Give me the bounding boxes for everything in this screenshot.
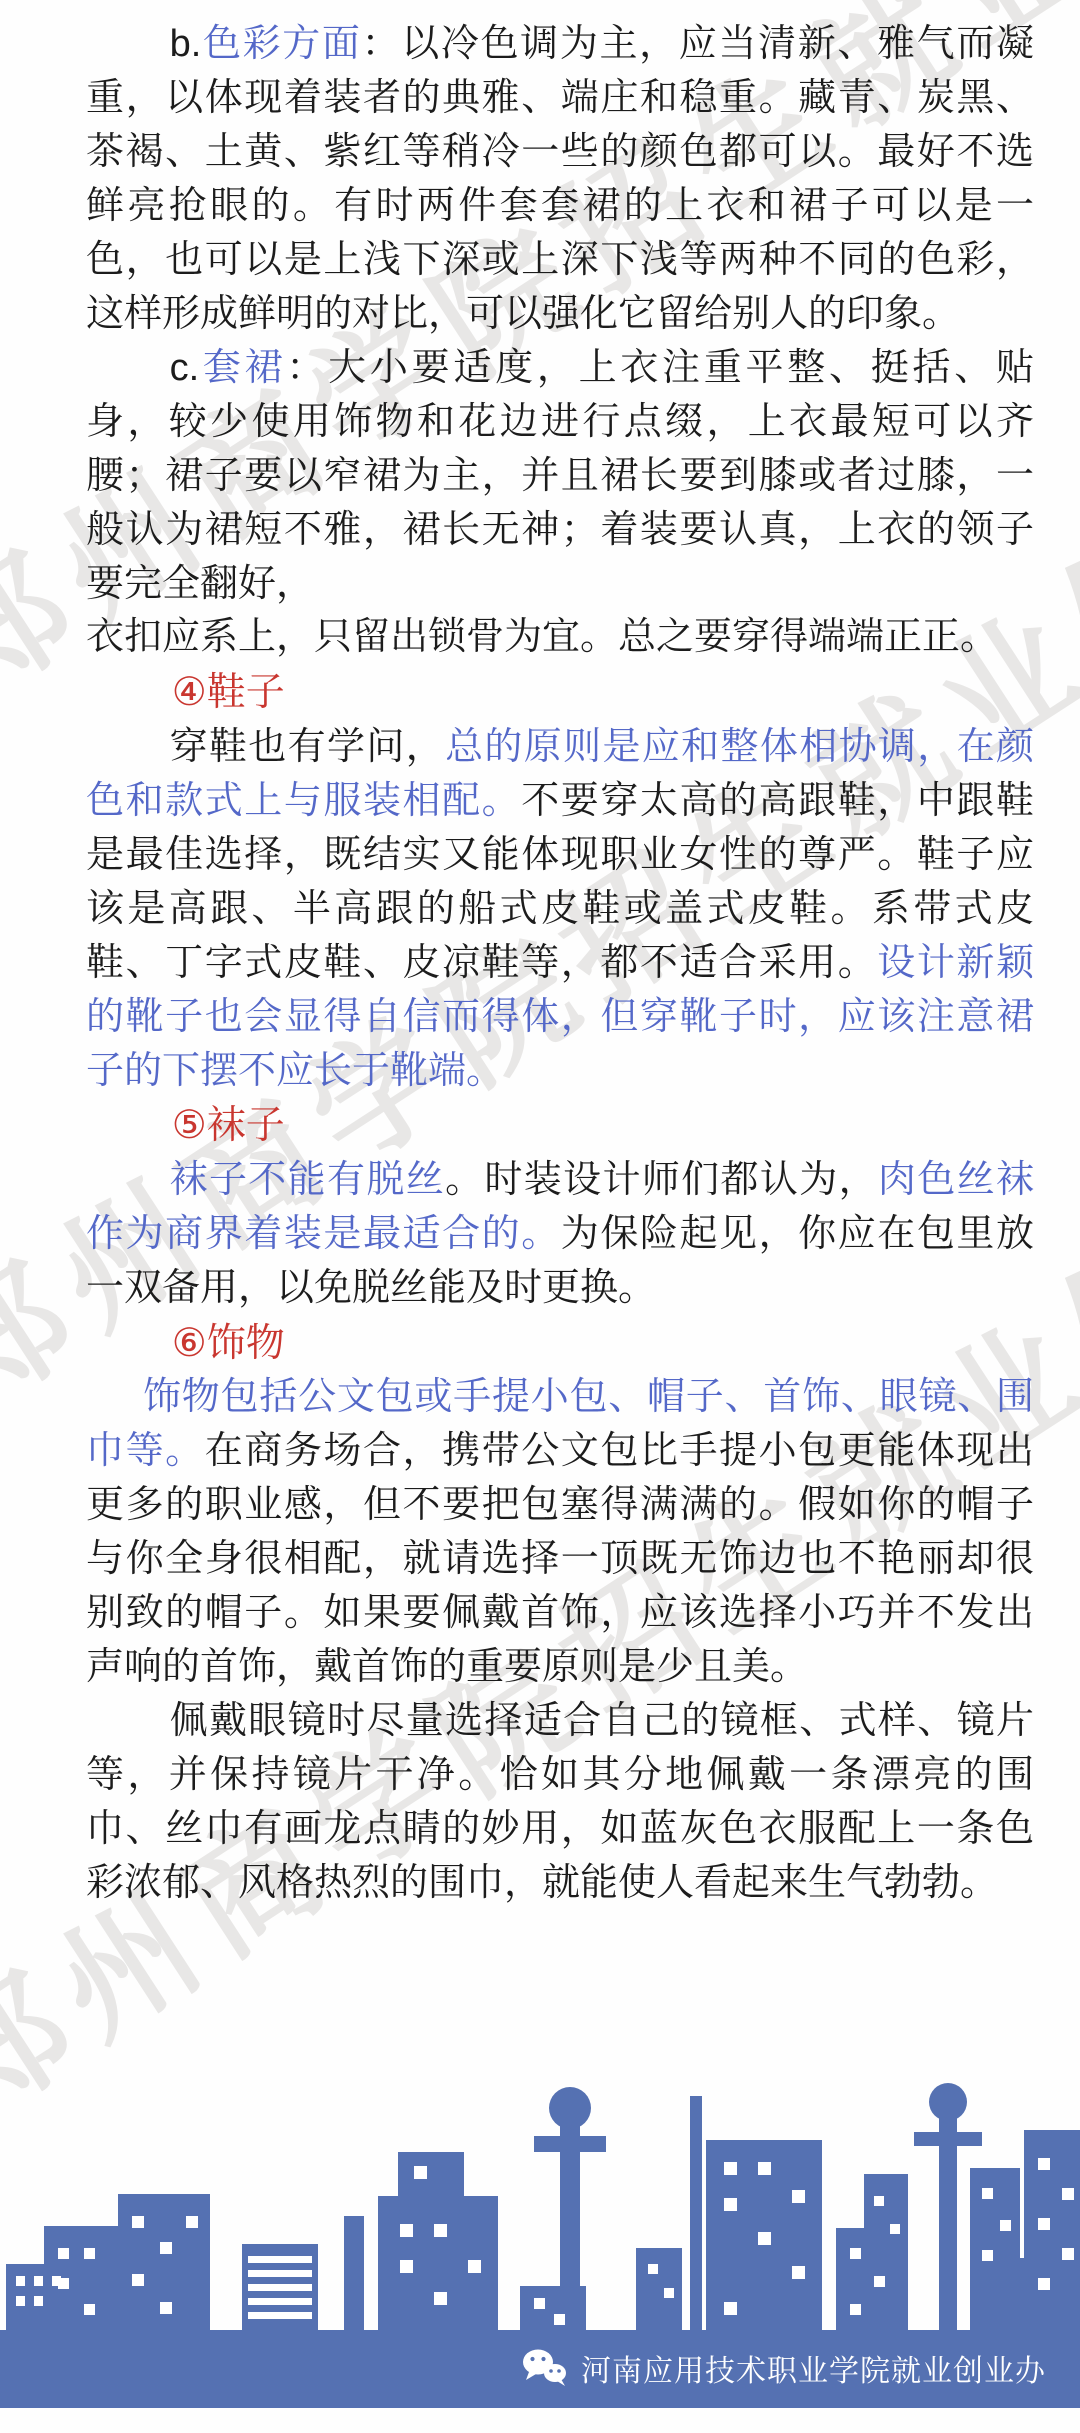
text-segment: 穿鞋也有学问，: [170, 726, 445, 768]
text-segment: ⑥饰物: [172, 1322, 285, 1365]
para-glasses: 佩戴眼镜时尽量选择适合自己的镜框、式样、镜片等，并保持镜片干净。恰如其分地佩戴一…: [86, 1695, 1034, 1911]
text-segment: 色彩方面: [201, 23, 361, 65]
para-suit-skirt: c.套裙：大小要适度，上衣注重平整、挺括、贴身，较少使用饰物和花边进行点缀，上衣…: [86, 342, 1034, 612]
para-accessories: 饰物包括公文包或手提小包、帽子、首饰、眼镜、围巾等。在商务场合，携带公文包比手提…: [86, 1371, 1034, 1695]
footer-caption: 河南应用技术职业学院就业创业办: [521, 2346, 1046, 2390]
text-segment: 。时装设计师们都认为，: [445, 1159, 878, 1201]
text-segment: c.: [170, 347, 200, 389]
article-page: 郑州商学院招生就业处 郑州商学院招生就业处 郑州商学院招生就业处 b.色彩方面：…: [0, 0, 1080, 2433]
text-segment: ⑤袜子: [172, 1104, 285, 1147]
text-segment: ④鞋子: [172, 671, 285, 714]
text-segment: 佩戴眼镜时尽量选择适合自己的镜框、式样、镜片等，并保持镜片干净。恰如其分地佩戴一…: [86, 1700, 1034, 1904]
text-segment: ：以冷色调为主，应当清新、雅气而凝重，以体现着装者的典雅、端庄和稳重。藏青、炭黑…: [86, 23, 1034, 335]
para-shoes: 穿鞋也有学问，总的原则是应和整体相协调，在颜色和款式上与服装相配。不要穿太高的高…: [86, 721, 1034, 1099]
para-socks: 袜子不能有脱丝。时装设计师们都认为，肉色丝袜作为商界着装是最适合的。为保险起见，…: [86, 1154, 1034, 1316]
text-segment: 套裙: [199, 347, 286, 389]
heading-accessories: ⑥饰物: [86, 1316, 1034, 1371]
text-segment: b.: [170, 23, 202, 65]
text-segment: 衣扣应系上，只留出锁骨为宜。总之要穿得端端正正。: [86, 616, 998, 658]
footer: 河南应用技术职业学院就业创业办: [0, 2078, 1080, 2408]
heading-socks: ⑤袜子: [86, 1098, 1034, 1153]
article-body: b.色彩方面：以冷色调为主，应当清新、雅气而凝重，以体现着装者的典雅、端庄和稳重…: [0, 0, 1080, 1911]
para-buttons: 衣扣应系上，只留出锁骨为宜。总之要穿得端端正正。: [86, 611, 1034, 665]
heading-shoes: ④鞋子: [86, 665, 1034, 720]
wechat-icon: [521, 2347, 569, 2389]
text-segment: 袜子不能有脱丝: [170, 1159, 445, 1201]
para-color-aspect: b.色彩方面：以冷色调为主，应当清新、雅气而凝重，以体现着装者的典雅、端庄和稳重…: [86, 18, 1034, 342]
official-account-name: 河南应用技术职业学院就业创业办: [581, 2346, 1046, 2390]
text-segment: 在商务场合，携带公文包比手提小包更能体现出更多的职业感，但不要把包塞得满满的。假…: [86, 1430, 1034, 1688]
